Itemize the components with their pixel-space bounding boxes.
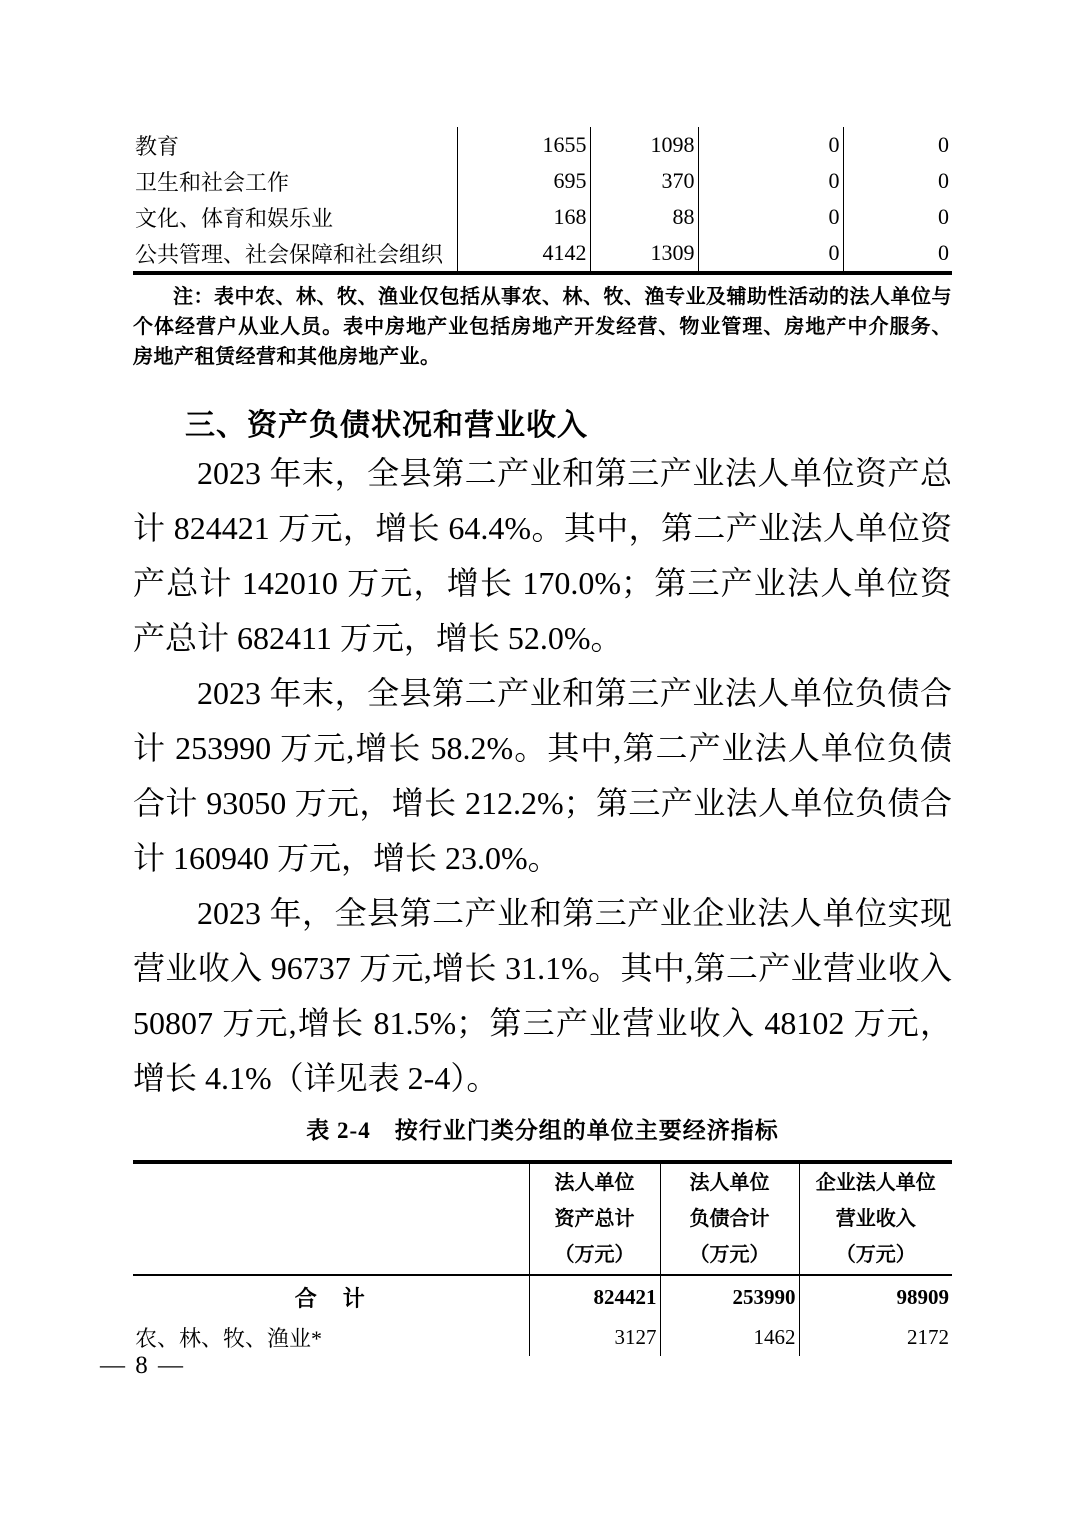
row-label: 文化、体育和娱乐业 — [133, 199, 457, 235]
table-row: 公共管理、社会保障和社会组织 4142 1309 0 0 — [133, 235, 952, 273]
header-line: 资产总计 — [530, 1201, 660, 1237]
value-cell: 0 — [843, 199, 952, 235]
value-cell: 98909 — [799, 1275, 952, 1319]
body-text: 2023 年末，全县第二产业和第三产业法人单位资产总计 824421 万元，增长… — [133, 446, 952, 1106]
value-cell: 2172 — [799, 1319, 952, 1356]
row-label: 合 计 — [133, 1275, 529, 1319]
page-number: — 8 — — [100, 1352, 185, 1380]
value-cell: 1309 — [590, 235, 698, 273]
paragraph: 2023 年，全县第二产业和第三产业企业法人单位实现营业收入 96737 万元,… — [133, 886, 952, 1106]
value-cell: 0 — [698, 163, 843, 199]
value-cell: 824421 — [529, 1275, 660, 1319]
document-page: 教育 1655 1098 0 0 卫生和社会工作 695 370 0 0 文化、… — [0, 0, 1074, 1520]
header-line: 法人单位 — [661, 1165, 799, 1201]
header-line: （万元） — [530, 1237, 660, 1273]
economic-indicators-table: 法人单位 资产总计 （万元） 法人单位 负债合计 （万元） 企业法人单位 营业收… — [133, 1160, 952, 1356]
row-label: 农、林、牧、渔业* — [133, 1319, 529, 1356]
header-line: 营业收入 — [800, 1201, 953, 1237]
total-row: 合 计 824421 253990 98909 — [133, 1275, 952, 1319]
value-cell: 1098 — [590, 127, 698, 163]
header-line: （万元） — [800, 1237, 953, 1273]
header-line: 企业法人单位 — [800, 1165, 953, 1201]
value-cell: 168 — [457, 199, 590, 235]
header-line: 负债合计 — [661, 1201, 799, 1237]
value-cell: 0 — [698, 235, 843, 273]
value-cell: 0 — [698, 199, 843, 235]
table-row: 教育 1655 1098 0 0 — [133, 127, 952, 163]
value-cell: 0 — [843, 163, 952, 199]
row-label: 卫生和社会工作 — [133, 163, 457, 199]
value-cell: 1655 — [457, 127, 590, 163]
value-cell: 88 — [590, 199, 698, 235]
header-row: 法人单位 资产总计 （万元） 法人单位 负债合计 （万元） 企业法人单位 营业收… — [133, 1162, 952, 1275]
paragraph: 2023 年末，全县第二产业和第三产业法人单位资产总计 824421 万元，增长… — [133, 446, 952, 666]
value-cell: 1462 — [660, 1319, 799, 1356]
value-cell: 0 — [698, 127, 843, 163]
section-heading: 三、资产负债状况和营业收入 — [185, 400, 588, 444]
table-footnote: 注：表中农、林、牧、渔业仅包括从事农、林、牧、渔专业及辅助性活动的法人单位与个体… — [133, 282, 952, 372]
column-header: 企业法人单位 营业收入 （万元） — [799, 1162, 952, 1275]
value-cell: 4142 — [457, 235, 590, 273]
paragraph: 2023 年末，全县第二产业和第三产业法人单位负债合计 253990 万元,增长… — [133, 666, 952, 886]
table-caption: 表 2-4 按行业门类分组的单位主要经济指标 — [133, 1112, 952, 1145]
table-row: 文化、体育和娱乐业 168 88 0 0 — [133, 199, 952, 235]
value-cell: 0 — [843, 127, 952, 163]
value-cell: 695 — [457, 163, 590, 199]
value-cell: 3127 — [529, 1319, 660, 1356]
header-line: 法人单位 — [530, 1165, 660, 1201]
table-row: 农、林、牧、渔业* 3127 1462 2172 — [133, 1319, 952, 1356]
employment-by-industry-table: 教育 1655 1098 0 0 卫生和社会工作 695 370 0 0 文化、… — [133, 127, 952, 275]
value-cell: 370 — [590, 163, 698, 199]
value-cell: 0 — [843, 235, 952, 273]
table-row: 卫生和社会工作 695 370 0 0 — [133, 163, 952, 199]
header-line: （万元） — [661, 1237, 799, 1273]
row-label: 公共管理、社会保障和社会组织 — [133, 235, 457, 273]
empty-header-cell — [133, 1162, 529, 1275]
column-header: 法人单位 负债合计 （万元） — [660, 1162, 799, 1275]
column-header: 法人单位 资产总计 （万元） — [529, 1162, 660, 1275]
row-label: 教育 — [133, 127, 457, 163]
value-cell: 253990 — [660, 1275, 799, 1319]
